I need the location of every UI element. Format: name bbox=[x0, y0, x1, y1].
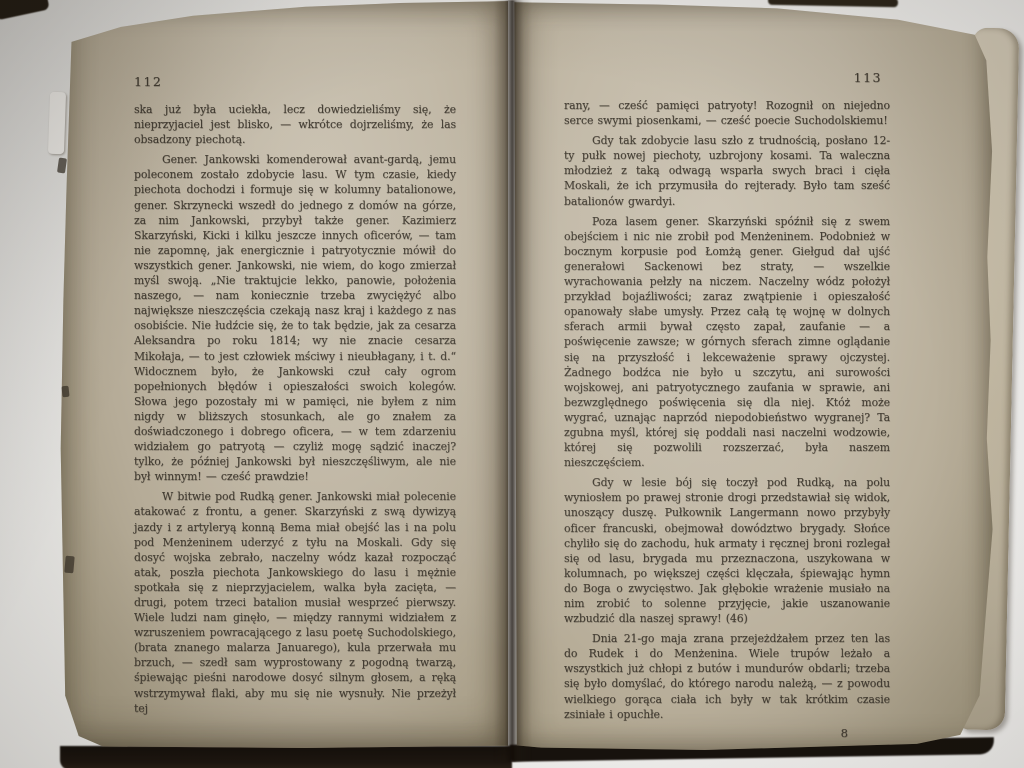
torn-paper-sliver bbox=[48, 92, 66, 155]
paragraph-left-2: Gener. Jankowski komenderował avant-gard… bbox=[134, 152, 456, 484]
book-gutter-shadow bbox=[494, 0, 532, 762]
top-edge-marks bbox=[768, 0, 898, 7]
page-edge-speck bbox=[61, 386, 69, 398]
paragraph-right-4: Gdy w lesie bój się toczył pod Rudką, na… bbox=[564, 475, 890, 626]
paragraph-right-3: Poza lasem gener. Skarzyński spóźnił się… bbox=[564, 214, 890, 471]
paragraph-left-3: W bitwie pod Rudką gener. Jankowski miał… bbox=[134, 489, 456, 715]
left-bottom-edge-shadow bbox=[60, 746, 512, 768]
page-number-left: 112 bbox=[134, 74, 456, 89]
left-page-text: 112 ska już była uciekła, lecz dowiedzie… bbox=[134, 74, 456, 716]
page-number-right: 113 bbox=[564, 70, 890, 85]
book-page-left: 112 ska już była uciekła, lecz dowiedzie… bbox=[58, 0, 508, 748]
cover-corner-shadow bbox=[0, 0, 50, 20]
paragraph-left-1: ska już była uciekła, lecz dowiedzieliśm… bbox=[134, 102, 456, 147]
book-photo: 112 ska już była uciekła, lecz dowiedzie… bbox=[0, 0, 1024, 768]
book-page-right: 113 rany, — cześć pamięci patryoty! Rozo… bbox=[512, 0, 994, 756]
signature-mark: 8 bbox=[564, 726, 890, 740]
paragraph-right-2: Gdy tak zdobycie lasu szło z trudnością,… bbox=[564, 133, 890, 208]
page-edge-speck bbox=[64, 556, 74, 574]
right-page-text: 113 rany, — cześć pamięci patryoty! Rozo… bbox=[564, 70, 890, 740]
page-edge-speck bbox=[57, 158, 67, 174]
paragraph-right-1: rany, — cześć pamięci patryoty! Rozognił… bbox=[564, 98, 890, 128]
paragraph-right-5: Dnia 21-go maja zrana przejeżdżałem prze… bbox=[564, 631, 890, 722]
